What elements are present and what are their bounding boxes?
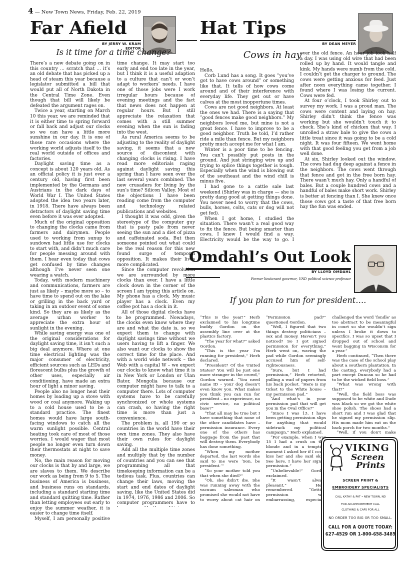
paragraph: The problem is, all 190 or so countries … bbox=[117, 421, 195, 447]
paragraph: “President? Of the United States? You wi… bbox=[200, 363, 260, 411]
ad-text-block: SCREEN PRINT & EMBROIDERY SPECIALISTS CA… bbox=[324, 476, 396, 549]
paragraph: There’s a new debate going on in this co… bbox=[30, 61, 110, 109]
paragraph: Myself, I am personally positive about t… bbox=[30, 517, 110, 521]
paragraph: “Well, the field boss was supposed to be… bbox=[332, 392, 396, 430]
paragraph: When I got home, I studied the situation… bbox=[200, 216, 294, 242]
far-afield-title: Far Afield bbox=[30, 20, 127, 38]
paragraph: “For example, when I was 15 I had a crus… bbox=[266, 435, 326, 469]
folio-page-number: 4 bbox=[28, 8, 33, 16]
omdahl-headline: If you plan to run for president…. bbox=[200, 296, 396, 305]
paragraph: At four o’clock, I took Shirley out to s… bbox=[300, 99, 396, 157]
paragraph: Today, with modern machinery and communi… bbox=[30, 278, 110, 331]
paragraph: All of those digital clocks have to be p… bbox=[117, 310, 195, 421]
paragraph: “Well, I figured that two things destroy… bbox=[266, 325, 326, 368]
hat-tips-rule bbox=[200, 40, 356, 41]
ad-note-2: CLOTHING & CAPS FOR ALL bbox=[324, 508, 396, 513]
far-afield-column-1: There’s a new debate going on in this co… bbox=[30, 61, 110, 521]
paragraph: As rural America seems to be adjusting t… bbox=[117, 135, 195, 214]
bald-man-glasses-portrait-icon bbox=[355, 246, 396, 292]
far-afield-rule-dash bbox=[177, 40, 197, 41]
ad-brand-logo: VIKING Screen Prints bbox=[345, 444, 389, 471]
paragraph: “It wasn’t always pleasant,” Herb rememb… bbox=[266, 478, 326, 502]
paragraph: Daylight saving time as a concept is abo… bbox=[30, 162, 110, 220]
ad-contact-line: CALL KATHY & PAT • NEW TOWN, ND bbox=[324, 495, 396, 500]
paragraph: Winter is a poor time to be fencing. You… bbox=[200, 147, 294, 184]
paragraph: “So your mother told you that when she d… bbox=[200, 469, 260, 479]
omdahl-column-3: challenged the word ‘fondle’ as too abst… bbox=[332, 315, 396, 434]
paragraph: People also no longer heat their homes b… bbox=[30, 389, 110, 458]
omdahl-column-2: “Permission pad?” questioned Gordon.“Wel… bbox=[266, 315, 326, 502]
ad-brand-word-prints: Prints bbox=[356, 462, 389, 471]
paragraph: While saving energy was one of the origi… bbox=[30, 331, 110, 389]
paragraph: “Oh, she didn’t die. She was running awa… bbox=[200, 478, 260, 502]
paragraph: Cows are not good neighbors. At least th… bbox=[200, 105, 294, 147]
paragraph: “Since I was 13, I have been getting per… bbox=[266, 411, 326, 435]
paragraph: Add all the multiple time zones and mult… bbox=[117, 448, 195, 507]
byline-credit: Former lieutenant governor, UND politica… bbox=[151, 277, 351, 281]
viking-mascot-icon bbox=[328, 444, 345, 471]
paragraph: “And what’s in your permission pad that … bbox=[266, 397, 326, 411]
ad-inner-border: VIKING Screen Prints SCREEN PRINT & EMBR… bbox=[323, 439, 396, 549]
cowboy-hat-man-portrait-icon bbox=[359, 14, 392, 53]
hat-tips-byline: BY DEAN MEYER bbox=[256, 42, 356, 50]
paragraph: “When my mother departed, the last words… bbox=[200, 449, 260, 468]
paragraph: “This is the year I’m running for presid… bbox=[200, 349, 260, 363]
far-afield-headline: Is it time for a time change? bbox=[30, 48, 197, 57]
ad-no-order-line: NO ORDER TOO BIG OR TOO SMALL. bbox=[324, 515, 396, 520]
paragraph: Much of the original opposition to chang… bbox=[30, 220, 110, 278]
omdahl-title: Omdahl’s Out Look bbox=[189, 250, 351, 265]
paragraph: “The year for what?” asked Gordon. bbox=[200, 339, 260, 349]
paragraph: Corb Lund has a song. It goes “you’ve go… bbox=[200, 73, 294, 105]
paragraph: over the old fence. An hour job took hal… bbox=[300, 51, 396, 99]
hat-tips-column-2: over the old fence. An hour job took hal… bbox=[300, 51, 396, 242]
ad-phone-numbers: 627-4529 OR 1-800-658-3485 bbox=[324, 532, 396, 537]
ad-call-to-action: CALL FOR A QUOTE TODAY: bbox=[324, 525, 396, 530]
hat-tips-title: Hat Tips bbox=[200, 20, 286, 38]
paragraph: challenged the word ‘fondle’ as too abst… bbox=[332, 315, 396, 353]
viking-screen-prints-ad: VIKING Screen Prints SCREEN PRINT & EMBR… bbox=[321, 437, 398, 551]
ad-tagline-1: SCREEN PRINT & bbox=[324, 478, 396, 483]
hat-tips-columnist-photo bbox=[358, 13, 393, 54]
paragraph: “What was wrong with that?” bbox=[332, 382, 396, 392]
paragraph: Twice a year, starting on March 10 this … bbox=[30, 109, 110, 162]
paragraph: I thought it was odd, given the stereoty… bbox=[117, 215, 195, 268]
paragraph: “Unbelievable!” Gordon exclaimed. bbox=[266, 469, 326, 479]
paragraph: “Well, if you don’t make presidency, you… bbox=[332, 430, 396, 434]
ad-tagline-2: EMBROIDERY SPECIALISTS bbox=[324, 485, 396, 490]
omdahl-column-1: “This is the year!” Herb exclaimed to hi… bbox=[200, 315, 260, 502]
omdahl-columnist-photo bbox=[354, 245, 397, 293]
paragraph: No, the main reason for moving our clock… bbox=[30, 458, 110, 516]
paragraph: At six, Shirley looked out the window. T… bbox=[300, 157, 396, 210]
far-afield-rule bbox=[30, 40, 141, 41]
paragraph: Since the computer revolution we are sur… bbox=[117, 268, 195, 310]
paragraph: time change. It may start too early and … bbox=[117, 61, 195, 135]
paragraph: “This is the year!” Herb exclaimed to hi… bbox=[200, 315, 260, 339]
paragraph: “That all may be true but I have somethi… bbox=[200, 411, 260, 449]
byline-author: BY DEAN MEYER bbox=[256, 42, 356, 46]
paragraph: Herb continued, “Then there was the case… bbox=[332, 353, 396, 382]
omdahl-byline: BY LLOYD OMDAHL bbox=[221, 270, 351, 277]
hat-tips-column-1: Hello,Corb Lund has a song. It goes “you… bbox=[200, 68, 294, 242]
paragraph: “Sure, but I had permission,” Herb retor… bbox=[266, 368, 326, 397]
byline-author: BY LLOYD OMDAHL bbox=[221, 270, 351, 274]
newspaper-page: 4 — New Town News, Friday, Feb. 22, 2019… bbox=[0, 0, 400, 567]
ad-note-1: FOR AN APPOINTMENT CALL bbox=[324, 502, 396, 507]
folio-issue-line: — New Town News, Friday, Feb. 22, 2019 bbox=[35, 10, 141, 16]
omdahl-credit-line: Former lieutenant governor, UND politica… bbox=[151, 277, 351, 285]
paragraph: I had gone to a cattle sale last weekend… bbox=[200, 185, 294, 217]
paragraph: “Permission pad?” questioned Gordon. bbox=[266, 315, 326, 325]
